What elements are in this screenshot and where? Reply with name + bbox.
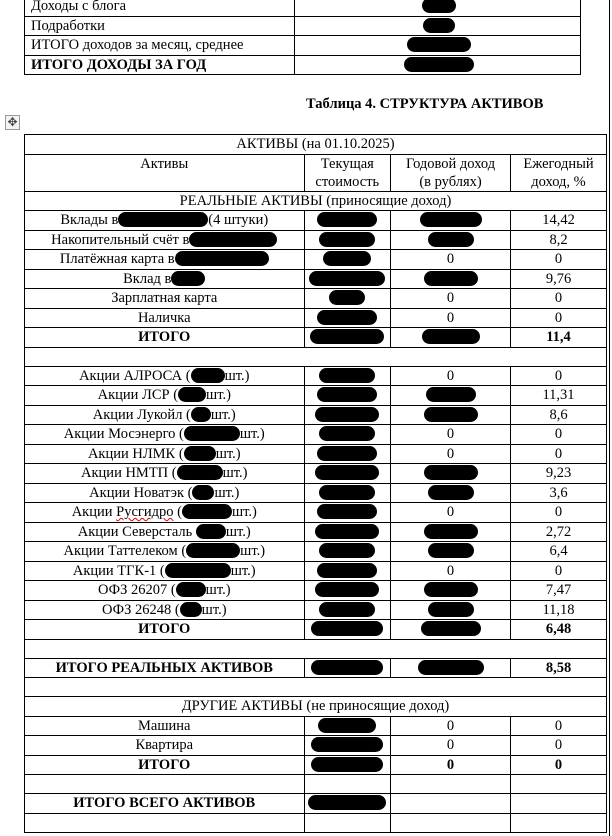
asset-label: ОФЗ 26248 (шт.) xyxy=(25,600,305,620)
asset-label: Акции ЛСР (шт.) xyxy=(25,386,305,406)
asset-label: Вклады в(4 штуки) xyxy=(25,211,305,231)
asset-label: Акции Северсталь шт.) xyxy=(25,522,305,542)
asset-label: Акции Новатэк (шт.) xyxy=(25,483,305,503)
table-row: Подработки xyxy=(25,16,581,36)
section-title-real: РЕАЛЬНЫЕ АКТИВЫ (приносящие доход) xyxy=(25,191,607,211)
redacted-value xyxy=(428,232,474,247)
redacted-value xyxy=(311,737,383,752)
redacted-value xyxy=(424,524,478,539)
redacted-value xyxy=(428,602,474,617)
move-arrows-icon[interactable]: ✥ xyxy=(5,115,20,130)
table-row: Машина00 xyxy=(25,716,607,736)
section-title-other: ДРУГИЕ АКТИВЫ (не приносящие доход) xyxy=(25,697,607,717)
redacted-value xyxy=(422,329,480,344)
redacted-value xyxy=(317,563,377,578)
redacted-value xyxy=(315,465,379,480)
redacted-value xyxy=(423,18,455,33)
redacted-value xyxy=(317,212,377,227)
assets-caption: АКТИВЫ (на 01.10.2025) xyxy=(25,135,607,155)
real-total-row: ИТОГО РЕАЛЬНЫХ АКТИВОВ 8,58 xyxy=(25,658,607,678)
redacted-value xyxy=(310,329,384,344)
other-total-row: ИТОГО 0 0 xyxy=(25,755,607,775)
table-row: Зарплатная карта00 xyxy=(25,289,607,309)
redacted-value xyxy=(319,602,375,617)
redacted-value xyxy=(192,485,214,500)
asset-label: Акции НМТП (шт.) xyxy=(25,464,305,484)
income-label: Подработки xyxy=(25,16,295,36)
redacted-value xyxy=(418,660,484,675)
redacted-value xyxy=(180,602,202,617)
table-row: ИТОГО ДОХОДЫ ЗА ГОД xyxy=(25,55,581,75)
asset-label: Зарплатная карта xyxy=(25,289,305,309)
asset-label: Наличка xyxy=(25,308,305,328)
redacted-value xyxy=(317,387,377,402)
table-row: Акции Новатэк (шт.)3,6 xyxy=(25,483,607,503)
redacted-value xyxy=(315,407,379,422)
redacted-value xyxy=(317,310,377,325)
redacted-value xyxy=(426,387,476,402)
redacted-value xyxy=(319,426,375,441)
asset-label: Накопительный счёт в xyxy=(25,230,305,250)
redacted-value xyxy=(428,485,474,500)
col-header-value: Текущаястоимость xyxy=(304,154,391,191)
asset-label: Акции Русгидро (шт.) xyxy=(25,503,305,523)
redacted-value xyxy=(428,543,474,558)
redacted-value xyxy=(191,368,225,383)
grand-total-row: ИТОГО ВСЕГО АКТИВОВ xyxy=(25,794,607,814)
deposits-total-row: ИТОГО 11,4 xyxy=(25,328,607,348)
redacted-value xyxy=(175,251,269,266)
table-row: Акции Мосэнерго (шт.)00 xyxy=(25,425,607,445)
table-row: Накопительный счёт в8,2 xyxy=(25,230,607,250)
redacted-value xyxy=(118,212,208,227)
table-row: Вклады в(4 штуки)14,42 xyxy=(25,211,607,231)
table-row: Квартира00 xyxy=(25,736,607,756)
table-row: Акции НЛМК (шт.)00 xyxy=(25,444,607,464)
redacted-value xyxy=(318,718,376,733)
securities-total-row: ИТОГО 6,48 xyxy=(25,620,607,640)
redacted-value xyxy=(424,582,478,597)
redacted-value xyxy=(317,446,377,461)
col-header-assets: Активы xyxy=(25,154,305,191)
redacted-value xyxy=(196,524,226,539)
table-row: Акции Русгидро (шт.)00 xyxy=(25,503,607,523)
table-row: Акции ЛСР (шт.)11,31 xyxy=(25,386,607,406)
redacted-value xyxy=(424,271,478,286)
redacted-value xyxy=(178,387,206,402)
redacted-value xyxy=(424,407,478,422)
asset-label: Квартира xyxy=(25,736,305,756)
assets-table: АКТИВЫ (на 01.10.2025) Активы Текущаясто… xyxy=(24,134,607,833)
table-row: ОФЗ 26207 (шт.)7,47 xyxy=(25,581,607,601)
table-row: Акции АЛРОСА (шт.)00 xyxy=(25,366,607,386)
asset-label: Акции НЛМК (шт.) xyxy=(25,444,305,464)
table-row: Акции Северсталь шт.)2,72 xyxy=(25,522,607,542)
table-row: Акции Таттелеком (шт.)6,4 xyxy=(25,542,607,562)
table-row: Акции ТГК-1 (шт.)00 xyxy=(25,561,607,581)
redacted-value xyxy=(308,795,386,810)
table-row: Акции НМТП (шт.)9,23 xyxy=(25,464,607,484)
income-table: Доходы с блога Подработки ИТОГО доходов … xyxy=(24,0,581,75)
redacted-value xyxy=(176,582,206,597)
asset-label: Платёжная карта в xyxy=(25,250,305,270)
redacted-value xyxy=(182,504,232,519)
col-header-pct: Ежегодныйдоход, % xyxy=(511,154,607,191)
redacted-value xyxy=(422,0,456,13)
asset-label: Акции Лукойл (шт.) xyxy=(25,405,305,425)
asset-label: Машина xyxy=(25,716,305,736)
redacted-value xyxy=(319,485,375,500)
asset-label: Акции АЛРОСА (шт.) xyxy=(25,366,305,386)
table-row: Акции Лукойл (шт.)8,6 xyxy=(25,405,607,425)
income-total-label: ИТОГО ДОХОДЫ ЗА ГОД xyxy=(25,55,295,75)
asset-label: Вклад в xyxy=(25,269,305,289)
page-edge xyxy=(609,0,610,836)
col-header-income: Годовой доход(в рублях) xyxy=(391,154,511,191)
redacted-value xyxy=(177,465,223,480)
income-label: Доходы с блога xyxy=(25,0,295,16)
table-row: ОФЗ 26248 (шт.)11,18 xyxy=(25,600,607,620)
table-row: ИТОГО доходов за месяц, среднее xyxy=(25,36,581,56)
redacted-value xyxy=(165,563,231,578)
other-section: Машина00Квартира00 xyxy=(25,716,607,755)
redacted-value xyxy=(319,543,375,558)
redacted-value xyxy=(186,543,240,558)
table-row: Платёжная карта в00 xyxy=(25,250,607,270)
redacted-value xyxy=(319,368,375,383)
redacted-value xyxy=(323,251,371,266)
redacted-value xyxy=(189,232,277,247)
redacted-value xyxy=(404,57,474,72)
redacted-value xyxy=(171,271,205,286)
table-title: Таблица 4. СТРУКТУРА АКТИВОВ xyxy=(306,96,543,113)
redacted-value xyxy=(315,524,379,539)
header-row: Активы Текущаястоимость Годовой доход(в … xyxy=(25,154,607,191)
asset-label: Акции Мосэнерго (шт.) xyxy=(25,425,305,445)
redacted-value xyxy=(311,621,383,636)
income-label: ИТОГО доходов за месяц, среднее xyxy=(25,36,295,56)
table-row: Доходы с блога xyxy=(25,0,581,16)
redacted-value xyxy=(424,465,478,480)
asset-label: ОФЗ 26207 (шт.) xyxy=(25,581,305,601)
redacted-value xyxy=(317,504,377,519)
redacted-value xyxy=(309,271,385,286)
asset-label: Акции ТГК-1 (шт.) xyxy=(25,561,305,581)
redacted-value xyxy=(407,37,471,52)
redacted-value xyxy=(329,290,365,305)
redacted-value xyxy=(319,232,375,247)
asset-label: Акции Таттелеком (шт.) xyxy=(25,542,305,562)
redacted-value xyxy=(191,407,211,422)
securities-section: Акции АЛРОСА (шт.)00Акции ЛСР (шт.)11,31… xyxy=(25,366,607,620)
redacted-value xyxy=(315,582,379,597)
table-row: Наличка00 xyxy=(25,308,607,328)
redacted-value xyxy=(420,212,482,227)
redacted-value xyxy=(421,621,481,636)
redacted-value xyxy=(184,446,216,461)
redacted-value xyxy=(311,660,383,675)
table-row: Вклад в9,76 xyxy=(25,269,607,289)
redacted-value xyxy=(184,426,240,441)
redacted-value xyxy=(311,757,383,772)
deposits-section: Вклады в(4 штуки)14,42Накопительный счёт… xyxy=(25,211,607,328)
